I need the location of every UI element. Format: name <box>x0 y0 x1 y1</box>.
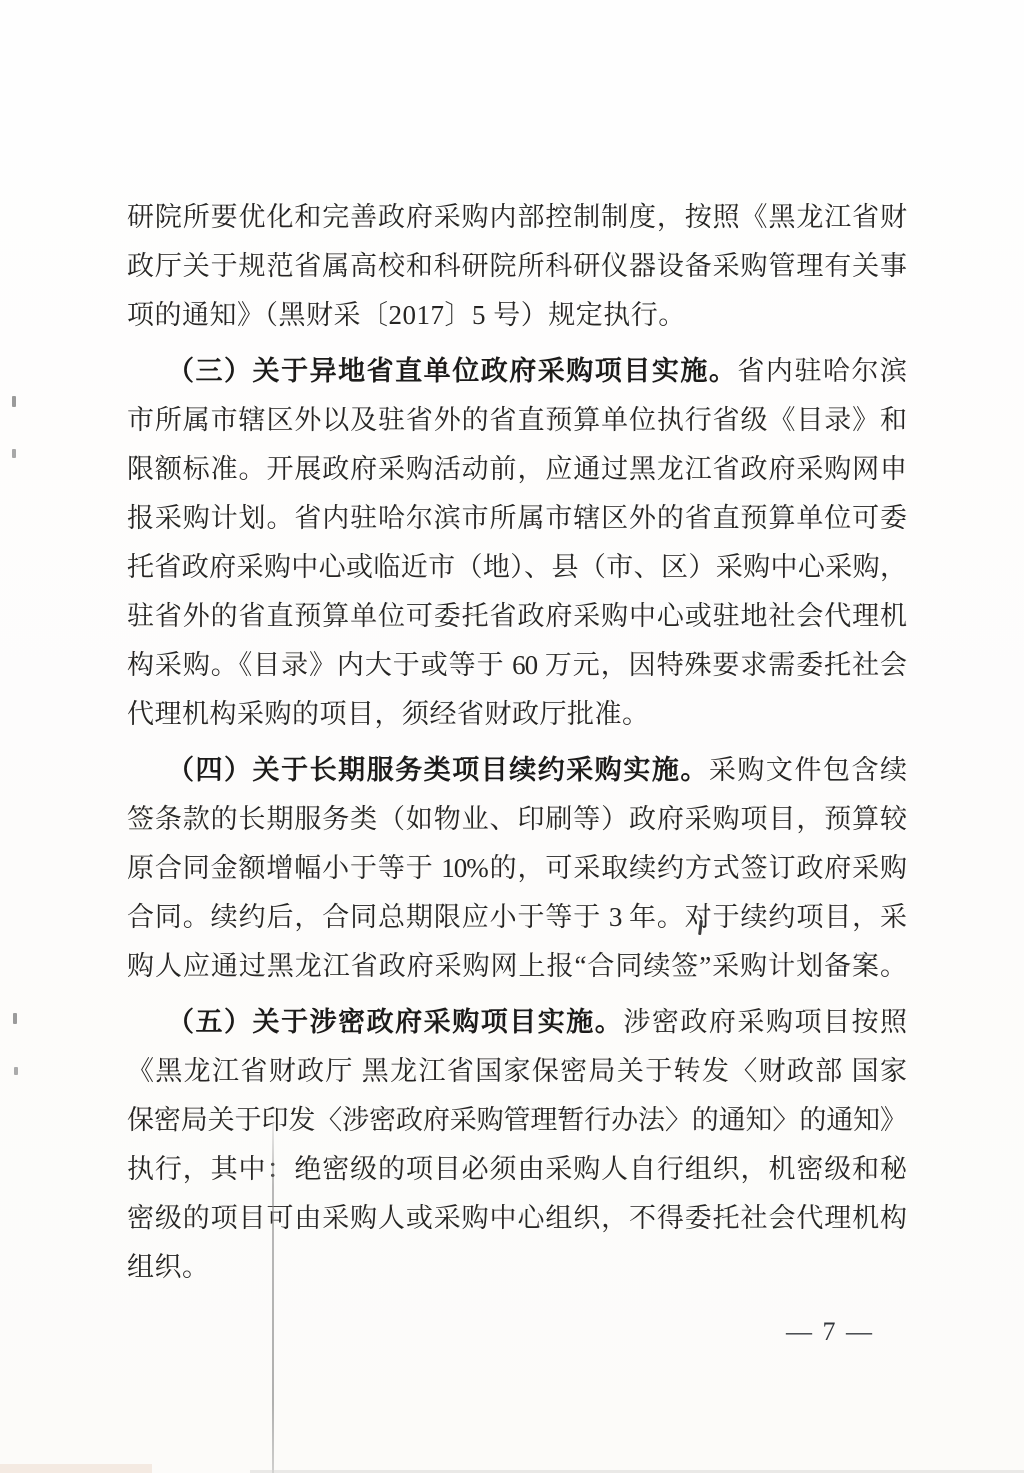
scanned-document-page: 研院所要优化和完善政府采购内部控制制度，按照《黑龙江省财政厅关于规范省属高校和科… <box>0 0 1024 1473</box>
text-line: 市所属市辖区外以及驻省外的省直预算单位执行省级《目录》和 <box>127 396 906 445</box>
section-heading-text: （四）关于长期服务类项目续约采购实施。 <box>167 755 709 785</box>
body-text: 原合同金额增幅小于等于 10%的，可采取续约方式签订政府采购 <box>127 853 906 883</box>
text-line: 托省政府采购中心或临近市（地）、县（市、区）采购中心采购， <box>127 543 906 592</box>
body-text: 政厅关于规范省属高校和科研院所科研仪器设备采购管理有关事 <box>127 251 906 281</box>
scan-edge-artifact <box>0 1464 152 1473</box>
body-text: 构采购。《目录》内大于或等于 60 万元，因特殊要求需委托社会 <box>127 650 906 680</box>
text-line: 项的通知》（黑财采〔2017〕5 号）规定执行。 <box>127 291 906 340</box>
text-line: （五）关于涉密政府采购项目实施。涉密政府采购项目按照 <box>127 998 906 1047</box>
body-text: 《黑龙江省财政厅 黑龙江省国家保密局关于转发〈财政部 国家 <box>127 1056 906 1086</box>
text-line: 《黑龙江省财政厅 黑龙江省国家保密局关于转发〈财政部 国家 <box>127 1047 906 1096</box>
scan-margin-mark <box>14 1067 18 1075</box>
body-text: 限额标准。开展政府采购活动前，应通过黑龙江省政府采购网申 <box>127 454 906 484</box>
document-text: 研院所要优化和完善政府采购内部控制制度，按照《黑龙江省财政厅关于规范省属高校和科… <box>127 193 906 1292</box>
text-line: 代理机构采购的项目，须经省财政厅批准。 <box>127 690 906 739</box>
text-line: （四）关于长期服务类项目续约采购实施。采购文件包含续 <box>127 746 906 795</box>
text-line: 原合同金额增幅小于等于 10%的，可采取续约方式签订政府采购 <box>127 844 906 893</box>
page-number: — 7 — <box>770 1312 890 1352</box>
text-line: 政厅关于规范省属高校和科研院所科研仪器设备采购管理有关事 <box>127 242 906 291</box>
text-line: 报采购计划。省内驻哈尔滨市所属市辖区外的省直预算单位可委 <box>127 494 906 543</box>
text-line: 保密局关于印发〈涉密政府采购管理暂行办法〉的通知〉的通知》 <box>127 1096 906 1145</box>
body-text: 保密局关于印发〈涉密政府采购管理暂行办法〉的通知〉的通知》 <box>127 1105 906 1135</box>
body-text: 报采购计划。省内驻哈尔滨市所属市辖区外的省直预算单位可委 <box>127 503 906 533</box>
body-text: 项的通知》（黑财采〔2017〕5 号）规定执行。 <box>127 300 686 330</box>
paper-fold-line <box>272 1123 274 1473</box>
scan-margin-mark <box>13 1013 17 1024</box>
body-text: 执行，其中：绝密级的项目必须由采购人自行组织，机密级和秘 <box>127 1154 906 1184</box>
body-text: 研院所要优化和完善政府采购内部控制制度，按照《黑龙江省财 <box>127 202 906 232</box>
body-text: 市所属市辖区外以及驻省外的省直预算单位执行省级《目录》和 <box>127 405 906 435</box>
section-heading-text: （三）关于异地省直单位政府采购项目实施。 <box>167 356 737 386</box>
text-line: 组织。 <box>127 1243 906 1292</box>
text-line: 驻省外的省直预算单位可委托省政府采购中心或驻地社会代理机 <box>127 592 906 641</box>
text-line: 研院所要优化和完善政府采购内部控制制度，按照《黑龙江省财 <box>127 193 906 242</box>
body-text: 涉密政府采购项目按照 <box>623 1007 906 1037</box>
body-text: 签条款的长期服务类（如物业、印刷等）政府采购项目，预算较 <box>127 804 906 834</box>
text-line: 限额标准。开展政府采购活动前，应通过黑龙江省政府采购网申 <box>127 445 906 494</box>
scan-margin-mark <box>12 449 16 458</box>
text-line: 签条款的长期服务类（如物业、印刷等）政府采购项目，预算较 <box>127 795 906 844</box>
text-line: 执行，其中：绝密级的项目必须由采购人自行组织，机密级和秘 <box>127 1145 906 1194</box>
body-text: 省内驻哈尔滨 <box>737 356 906 386</box>
body-text: 驻省外的省直预算单位可委托省政府采购中心或驻地社会代理机 <box>127 601 906 631</box>
text-line: 密级的项目可由采购人或采购中心组织，不得委托社会代理机构 <box>127 1194 906 1243</box>
body-text: 合同。续约后，合同总期限应小于等于 3 年。对于续约项目，采 <box>127 902 906 932</box>
body-text: 代理机构采购的项目，须经省财政厅批准。 <box>127 699 650 729</box>
body-text: 采购文件包含续 <box>709 755 906 785</box>
body-text: 组织。 <box>127 1252 210 1282</box>
body-text: 密级的项目可由采购人或采购中心组织，不得委托社会代理机构 <box>127 1203 906 1233</box>
text-line: 合同。续约后，合同总期限应小于等于 3 年。对于续约项目，采 <box>127 893 906 942</box>
text-line: 购人应通过黑龙江省政府采购网上报“合同续签”采购计划备案。 <box>127 942 906 991</box>
scan-margin-mark <box>12 396 16 407</box>
body-text: 购人应通过黑龙江省政府采购网上报“合同续签”采购计划备案。 <box>127 951 906 981</box>
text-line: 构采购。《目录》内大于或等于 60 万元，因特殊要求需委托社会 <box>127 641 906 690</box>
text-line: （三）关于异地省直单位政府采购项目实施。省内驻哈尔滨 <box>127 347 906 396</box>
body-text: 托省政府采购中心或临近市（地）、县（市、区）采购中心采购， <box>127 552 906 582</box>
section-heading-text: （五）关于涉密政府采购项目实施。 <box>167 1007 623 1037</box>
